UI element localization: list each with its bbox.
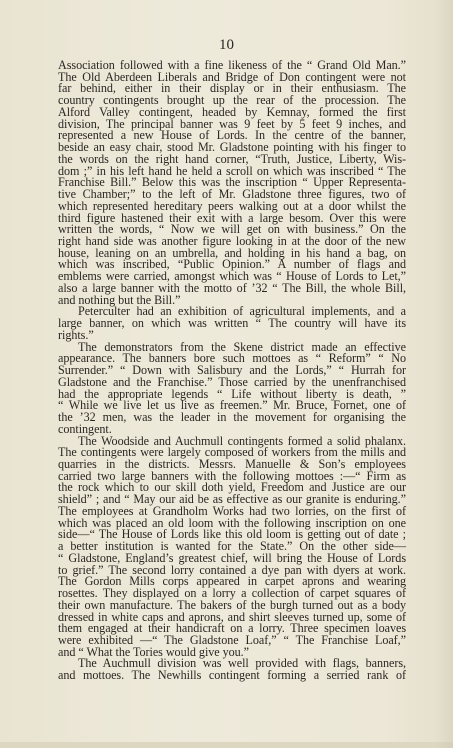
document-page: 10 Association followed with a fine like… [0, 0, 453, 748]
page-bottom-edge [0, 742, 453, 748]
page-number: 10 [0, 37, 453, 54]
body-text: Association followed with a fine likenes… [58, 60, 406, 682]
text-line: large banner, on which was written “ The… [58, 318, 406, 330]
text-line: and mottoes. The Newhills contingent for… [58, 670, 406, 682]
